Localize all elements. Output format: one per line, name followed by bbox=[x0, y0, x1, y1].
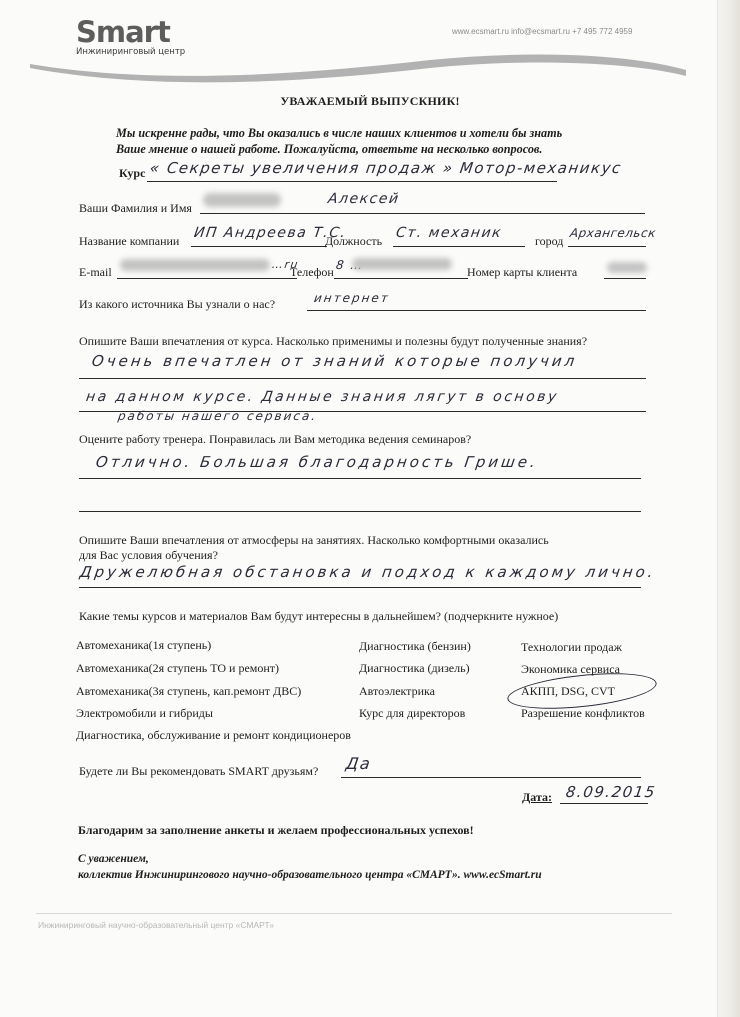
redacted-phone bbox=[352, 258, 452, 270]
intro-line-2: Ваше мнение о нашей работе. Пожалуйста, … bbox=[116, 141, 676, 157]
recommend-label: Будете ли Вы рекомендовать SMART друзьям… bbox=[79, 764, 318, 779]
recommend-line bbox=[341, 777, 641, 778]
question-course-impressions: Опишите Ваши впечатления от курса. Наско… bbox=[79, 334, 587, 349]
redacted-client-card[interactable] bbox=[607, 262, 647, 273]
header-swoosh-decoration bbox=[30, 50, 690, 84]
redacted-surname bbox=[203, 193, 281, 207]
position-line bbox=[393, 246, 525, 247]
form-intro: Мы искренне рады, что Вы оказались в чис… bbox=[116, 125, 676, 157]
answer1-line-1 bbox=[79, 378, 646, 379]
position-label: Должность bbox=[325, 234, 382, 249]
regards-line-2: коллектив Инжинирингового научно-образов… bbox=[78, 867, 542, 883]
topic-diagnostics-petrol[interactable]: Диагностика (бензин) bbox=[359, 639, 471, 654]
thanks-text: Благодарим за заполнение анкеты и желаем… bbox=[78, 823, 474, 838]
intro-line-1: Мы искренне рады, что Вы оказались в чис… bbox=[116, 125, 676, 141]
city-label: город bbox=[535, 234, 563, 249]
topic-auto-electrics[interactable]: Автоэлектрика bbox=[359, 684, 435, 699]
answer1-text-2[interactable]: на данном курсе. Данные знания лягут в о… bbox=[85, 389, 560, 405]
question-trainer: Оцените работу тренера. Понравилась ли В… bbox=[79, 432, 471, 447]
email-label: E-mail bbox=[79, 265, 112, 280]
logo-wordmark: Smart bbox=[76, 18, 185, 46]
source-field[interactable]: интернет bbox=[313, 291, 391, 305]
course-label: Курс bbox=[119, 166, 145, 181]
topic-air-conditioning[interactable]: Диагностика, обслуживание и ремонт конди… bbox=[76, 728, 351, 743]
footer-text: Инжиниринговый научно-образовательный це… bbox=[38, 920, 274, 930]
redacted-email bbox=[120, 259, 270, 271]
footer-divider bbox=[36, 913, 672, 914]
date-field[interactable]: 8.09.2015 bbox=[565, 783, 657, 801]
date-label: Дата: bbox=[522, 790, 552, 805]
phone-label: Телефон bbox=[290, 265, 334, 280]
source-line bbox=[307, 310, 646, 311]
source-label: Из какого источника Вы узнали о нас? bbox=[79, 297, 275, 312]
name-line bbox=[200, 213, 645, 214]
topic-automechanics-3[interactable]: Автомеханика(3я ступень, кап.ремонт ДВС) bbox=[76, 684, 301, 699]
email-line bbox=[117, 278, 297, 279]
answer3-text[interactable]: Дружелюбная обстановка и подход к каждом… bbox=[79, 563, 657, 581]
position-field[interactable]: Ст. механик bbox=[395, 225, 503, 241]
course-field[interactable]: « Секреты увеличения продаж » Мотор-меха… bbox=[149, 159, 623, 177]
regards-block: С уважением, коллектив Инжинирингового н… bbox=[78, 851, 542, 883]
topic-directors-course[interactable]: Курс для директоров bbox=[359, 706, 465, 721]
question-atmosphere-line-1: Опишите Ваши впечатления от атмосферы на… bbox=[79, 533, 549, 548]
city-line bbox=[568, 246, 646, 247]
date-line bbox=[560, 803, 648, 804]
course-line bbox=[147, 181, 557, 182]
regards-line-1: С уважением, bbox=[78, 851, 542, 867]
answer3-line bbox=[79, 587, 641, 588]
header-contacts: www.ecsmart.ru info@ecsmart.ru +7 495 77… bbox=[452, 27, 632, 36]
client-card-line bbox=[604, 278, 646, 279]
answer2-text-1[interactable]: Отлично. Большая благодарность Грише. bbox=[95, 453, 539, 471]
scanned-page-edge bbox=[717, 0, 740, 1017]
name-field[interactable]: Алексей bbox=[327, 191, 401, 207]
topic-sales-technologies[interactable]: Технологии продаж bbox=[521, 640, 622, 655]
form-title: УВАЖАЕМЫЙ ВЫПУСКНИК! bbox=[0, 94, 740, 109]
phone-line bbox=[334, 278, 468, 279]
name-label: Ваши Фамилия и Имя bbox=[79, 201, 192, 216]
answer2-line-1 bbox=[79, 478, 641, 479]
topic-conflict-resolution[interactable]: Разрешение конфликтов bbox=[521, 706, 645, 721]
answer1-text-1[interactable]: Очень впечатлен от знаний которые получи… bbox=[91, 352, 579, 370]
topic-electric-hybrid[interactable]: Электромобили и гибриды bbox=[76, 706, 213, 721]
client-card-label: Номер карты клиента bbox=[467, 265, 577, 280]
topic-automechanics-1[interactable]: Автомеханика(1я ступень) bbox=[76, 638, 211, 653]
answer2-line-2 bbox=[79, 511, 641, 512]
recommend-field[interactable]: Да bbox=[345, 754, 373, 773]
company-label: Название компании bbox=[79, 234, 179, 249]
question-atmosphere-line-2: для Вас условия обучения? bbox=[79, 548, 218, 563]
answer1-text-3[interactable]: работы нашего сервиса. bbox=[117, 409, 318, 423]
topics-prompt: Какие темы курсов и материалов Вам будут… bbox=[79, 609, 558, 624]
city-field[interactable]: Архангельск bbox=[569, 226, 657, 240]
company-line bbox=[191, 246, 327, 247]
topic-diagnostics-diesel[interactable]: Диагностика (дизель) bbox=[359, 661, 470, 676]
topic-automechanics-2[interactable]: Автомеханика(2я ступень ТО и ремонт) bbox=[76, 661, 279, 676]
